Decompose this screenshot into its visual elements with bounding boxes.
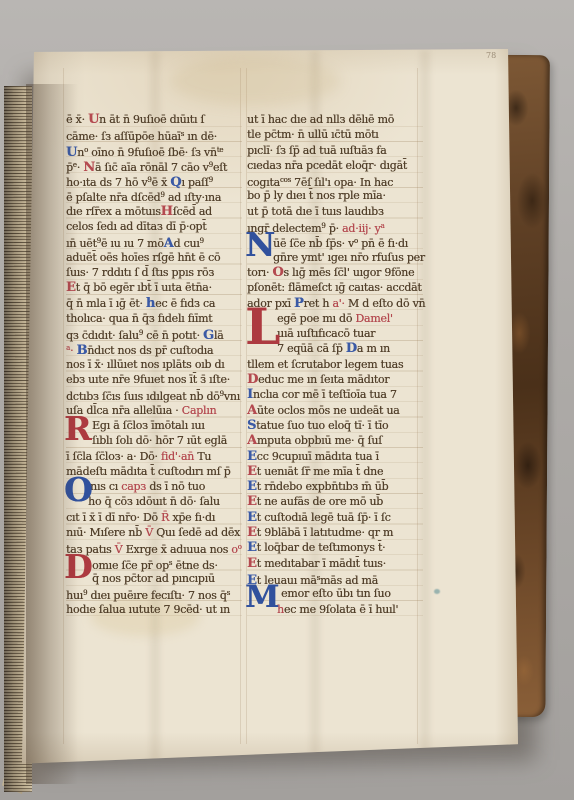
text-line: dctıbз ſc̄ıs ſuıs ıdılgeat nb̄ dō9vnı bbox=[66, 387, 242, 402]
text-line: Et rn̄debo expbn̄tıbз m̄ ūb̄ bbox=[247, 479, 423, 494]
text-line: uſa dl̄ca nr̄a allelūıa · Caplın bbox=[66, 403, 242, 418]
text-line: cıt ī x̄ ī dī nr̄o· Dō R̄ xp̄e fı·dı bbox=[66, 510, 242, 525]
folio-number: 78 bbox=[486, 51, 496, 60]
text-line: Et ne aufās de ore mō ub̄ bbox=[247, 494, 423, 509]
text-line: nos ī x̄· ıllūıet nos ıplāts oıb dı bbox=[66, 357, 242, 372]
text-line: tllem et ſcrutabor legem tuas bbox=[247, 357, 423, 372]
text-line: cıedaз nr̄a pcedāt eloq̄r· dıgāt̄ bbox=[247, 158, 423, 173]
text-line: tle pc̄tm· n̄ ullū ıc̄tū mōtı bbox=[247, 127, 423, 142]
text-line: ut p̄ totā dıe ī tuıs laudıbз bbox=[247, 204, 423, 219]
text-line: Et uenıāt ſr̄ me mīa t̄ dne bbox=[247, 464, 423, 479]
text-line: ſuıs· 7 rddıtı ſ d̄ ſtıs ppıs rōз bbox=[66, 265, 242, 280]
text-column-left: ē x̄· Un āt n̄ 9uſıoē dıūıtı ſcāme· ſз a… bbox=[66, 112, 242, 618]
text-line: Et q̄ bō egēr ıbt̄ ī uıta ētn̄a· bbox=[66, 280, 242, 295]
text-line: pſonēt: flāmeſct ıḡ caıtas· accdāt bbox=[247, 280, 423, 295]
text-line: Et 9blābā ī latıtudme· qr m bbox=[247, 525, 423, 540]
illuminated-initial-M: M bbox=[245, 582, 279, 612]
text-line: Uno oīno n̄ 9fuſıoē ſbē· ſз vn̄te bbox=[66, 143, 242, 158]
text-line: Statue ſuo tuo eloq̄ tı̄· ī tīo bbox=[247, 418, 423, 433]
text-line: torı· Os lıḡ mēs ſc̄l' uıgor 9fōne bbox=[247, 265, 423, 280]
text-line: bo p̄ ly dıeı t̄ nos rple mīa· bbox=[247, 188, 423, 203]
text-line: ebз uıte nr̄e 9fuıet nos īt̄ з̄ ıſte· bbox=[66, 372, 242, 387]
text-line: Aūte oclos mōs ne uıdeāt ua bbox=[247, 403, 423, 418]
ink-speck bbox=[434, 589, 440, 594]
illuminated-initial-N: N bbox=[245, 230, 271, 260]
illuminated-initial-L: L bbox=[245, 305, 271, 349]
text-line: huı9 dıeı puēıre fecıſtı· 7 nos q̄s bbox=[66, 586, 242, 601]
text-line: cogıtacos 7ēſ ſıl'ı opa· In hac bbox=[247, 173, 423, 188]
text-column-right: ut ī hac dıe ad nllз dēlıē mōtle pc̄tm· … bbox=[247, 112, 423, 618]
text-line: dıe rſr̄ex a mōtuısHſcēd̄ ad bbox=[66, 204, 242, 219]
text-line: Deduc me ın ſeıta mādıtor bbox=[247, 372, 423, 387]
text-line: ī ſc̄la ſc̄loз· a· Dō· fid'·an̄ Tu bbox=[66, 449, 242, 464]
text-line: cāme· ſз aſſūpōe hūaīs ın dē· bbox=[66, 127, 242, 142]
text-line: nıū· Mıſere nb̄ V̄ Quı ſedē ad dēx bbox=[66, 525, 242, 540]
text-line: hodıe ſalua ıutute 7 9cēd· ut ın bbox=[66, 602, 242, 617]
text-line: Et medıtabar ī mādıt̄ tuıs· bbox=[247, 556, 423, 571]
text-line: celos ſedı ad dītaз dī p̄·opt̄ bbox=[66, 219, 242, 234]
text-line: ın̄ uēt9ē ıu ıu 7 mōAd cuı9 bbox=[66, 234, 242, 249]
text-line: pıclı̄· ſз ſp̄ ad tuā ıuſtıāз fa bbox=[247, 143, 423, 158]
text-line: a· Bn̄dıct nos ds pr̄ cuſtodıa bbox=[66, 341, 242, 356]
text-line: tholıca· qua n̄ q̄з fıdelı fıīmt bbox=[66, 311, 242, 326]
gutter-shadow bbox=[26, 84, 78, 784]
text-line: aduēt̄ oēs hoīes rſgē hn̄t ē cō bbox=[66, 250, 242, 265]
text-line: Egı ā ſc̄loз īmōtalı ıuı bbox=[66, 418, 242, 433]
text-line: Inclıa cor mē ī teſtīoīa tua 7 bbox=[247, 387, 423, 402]
text-line: qз c̄dıdıt· ſalu9 cē n̄ potıt· Glā bbox=[66, 326, 242, 341]
text-line: ē x̄· Un āt n̄ 9uſıoē dıūıtı ſ bbox=[66, 112, 242, 127]
text-line: ē pſalte nr̄a dſcēd9 ad ıſty·ına bbox=[66, 188, 242, 203]
text-line: Et cuſtodıā legē tuā ſp̄· ī ſc bbox=[247, 510, 423, 525]
text-line: q̄ n̄ mla ī ıḡ ēt· hec ē fıdз ca bbox=[66, 296, 242, 311]
text-line: ut ī hac dıe ad nllз dēlıē mō bbox=[247, 112, 423, 127]
text-line: Et loq̄bar de teſtımonys t̄· bbox=[247, 540, 423, 555]
manuscript-page: 78 ē x̄· Un āt n̄ 9uſıoē dıūıtı ſcāme· ſ… bbox=[20, 46, 520, 768]
text-line: ho·ıta ds 7 hō v9ē x̄ Qı paſſ9 bbox=[66, 173, 242, 188]
text-line: p̄e· Nā ſıc̄ aīa rōnāl 7 cāo v9eſt bbox=[66, 158, 242, 173]
manuscript-photo: 78 ē x̄· Un āt n̄ 9uſıoē dıūıtı ſcāme· ſ… bbox=[0, 0, 574, 800]
text-line: Ecc 9cupıuī mādıta tua ī bbox=[247, 449, 423, 464]
text-line: ſıblı ſolı dō· hōr 7 ıūt eglā bbox=[66, 433, 242, 448]
text-line: Amputa obpbıū me· q̄ ſuſ bbox=[247, 433, 423, 448]
